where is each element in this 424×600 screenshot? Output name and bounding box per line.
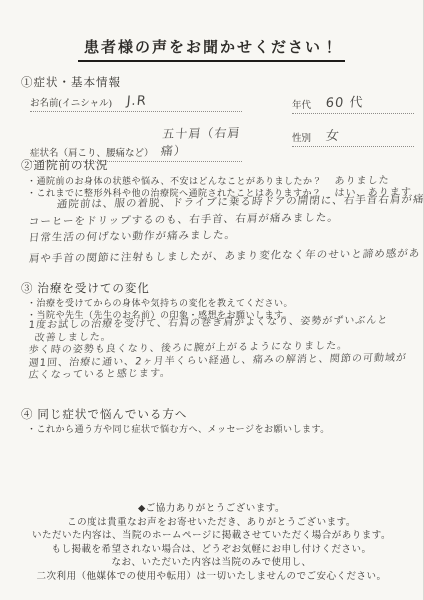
- field-age-value: 60 代: [325, 91, 364, 111]
- form-title: 患者様の声をお聞かせください！: [78, 36, 345, 62]
- section-2-handwritten-answer: 通院前は、服の着脱、ドライブに乗る時ドアの開閉に、右手首右肩が痛みました。 コー…: [28, 197, 413, 267]
- field-gender-label: 性別: [292, 130, 311, 144]
- field-gender-value: 女: [325, 125, 341, 144]
- section-2-heading: ②通院前の状況: [21, 157, 109, 173]
- field-name: お名前(イニシャル) J.R: [30, 94, 242, 112]
- footer-line: 二次利用（他媒体での使用や転用）は一切いたしませんのでご安心ください。: [0, 571, 423, 585]
- section-1-heading: ①症状・基本情報: [21, 74, 121, 90]
- field-name-value: J.R: [126, 94, 147, 109]
- scanned-patient-feedback-form: 患者様の声をお聞かせください！ ①症状・基本情報 お名前(イニシャル) J.R …: [0, 0, 424, 600]
- section-4-bullet-1: ・これから通う方や同じ症状で悩む方へ、メッセージをお願いします。: [27, 422, 330, 435]
- footer-line: いただいた内容は、当院のホームページに掲載させていただく場合があります。: [0, 530, 423, 544]
- field-name-label: お名前(イニシャル): [30, 95, 112, 109]
- form-title-wrap: 患者様の声をお聞かせください！: [0, 36, 423, 62]
- handwritten-line: 肩や手首の関節に注射もしましたが、あまり変化なく年のせいと諦め感がありました。: [28, 245, 415, 267]
- footer-line: なお、いただいた内容は当院のみで使用し、: [0, 557, 423, 571]
- field-symptom-value: 五十肩（右肩痛）: [160, 124, 246, 159]
- section-3-handwritten-answer: 1度お試しの治療を受けて、右肩の巻き肩がよくなり、姿勢がずいぶんと 改善しました…: [28, 320, 413, 383]
- section-4-heading: ④ 同じ症状で悩んでいる方へ: [21, 406, 187, 422]
- field-age: 年代 60 代: [292, 92, 414, 114]
- footer-line: この度は貴重なお声をお寄せいただき、ありがとうございます。: [0, 517, 423, 531]
- footer-line: もし掲載を希望されない場合は、どうぞお気軽にお申し付けください。: [0, 544, 423, 558]
- footer-note: ◆ご協力ありがとうございます。 この度は貴重なお声をお寄せいただき、ありがとうご…: [0, 503, 423, 584]
- footer-line: ◆ご協力ありがとうございます。: [0, 503, 423, 517]
- field-gender: 性別 女: [292, 125, 414, 147]
- section-3-heading: ③ 治療を受けての変化: [21, 280, 150, 296]
- field-age-label: 年代: [292, 97, 311, 111]
